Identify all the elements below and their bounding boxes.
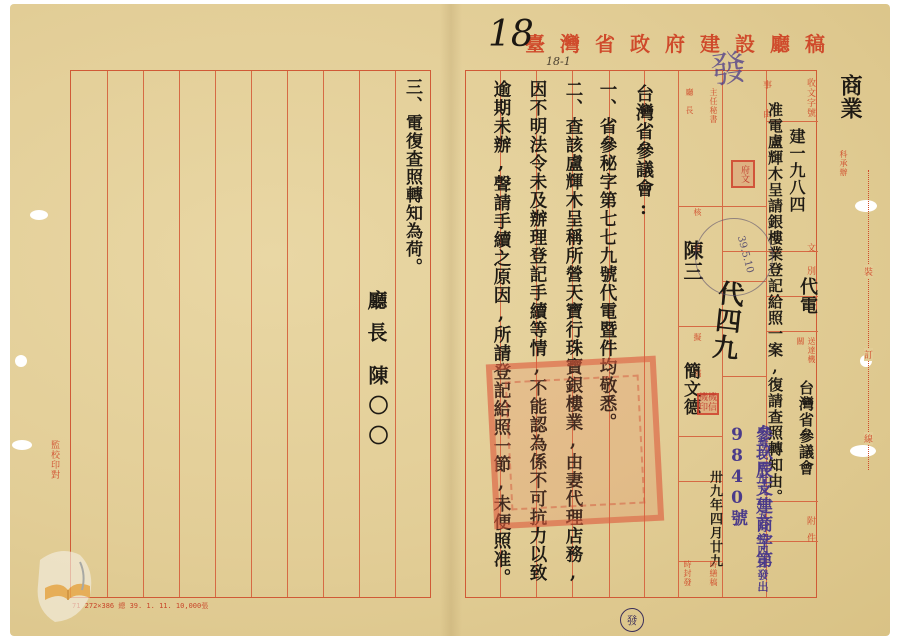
binding-line [868, 170, 869, 470]
body-addressee: 台灣省參議會: [630, 84, 656, 220]
receipt-no-value: 建一九八四 [785, 128, 808, 213]
office-seal-small: 府文 [731, 160, 755, 188]
draft-date: 卅九年四月廿九 [705, 470, 724, 568]
bottom-circle-stamp: 發 [620, 608, 644, 632]
proof-label: 時繕稿 [708, 560, 719, 587]
paper-hole [30, 210, 48, 220]
receipt-no-label: 收文字號 [804, 78, 817, 118]
recipient-label: 送達機關 [797, 337, 817, 371]
signature-name: 陳〇〇 [363, 365, 392, 455]
purple-dispatch-stamp: 發 [698, 47, 754, 91]
handwritten-page-sub: 18-1 [546, 55, 571, 68]
department-label: 科承辦 [838, 150, 849, 177]
attachments-label: 附件 [804, 516, 817, 550]
postmark-date: 39.5.10 [735, 235, 756, 275]
archive-logo-icon [20, 540, 110, 630]
body-paragraph-3: 三、電復查照轉知為荷。 [400, 78, 425, 276]
paper-hole [12, 440, 32, 450]
director-label: 廳長 [684, 88, 695, 124]
paper-hole [850, 445, 876, 457]
signature-title: 廳長 [362, 290, 391, 354]
doc-type-value: 代電 [794, 277, 820, 315]
recipient-value: 台灣省參議會 [796, 380, 817, 476]
department-value: 商業 [835, 74, 866, 120]
handwritten-page-number: 18 [488, 14, 534, 55]
page-fold [440, 4, 462, 636]
binding-mark-zhuang: 裝 [864, 265, 873, 278]
received-postmark: 39.5.10 [695, 218, 773, 296]
official-red-seal [486, 356, 664, 530]
issue-date-stamp: 中華民國卅九年五月初四日發出 [754, 425, 770, 593]
letterhead-title: 臺灣省政府建設廳稿 [525, 28, 840, 57]
binding-mark-xian: 線 [864, 432, 873, 445]
paper-hole [855, 200, 877, 212]
paper-hole [15, 355, 27, 367]
section-chief-label: 主任秘書 [708, 88, 719, 124]
drafter-seal: 機機印信 [697, 393, 719, 415]
dispatch-label: 時封發 [682, 560, 693, 587]
binding-mark-ding: 訂 [864, 348, 873, 361]
proofread-label: 監校印對 [48, 440, 61, 480]
